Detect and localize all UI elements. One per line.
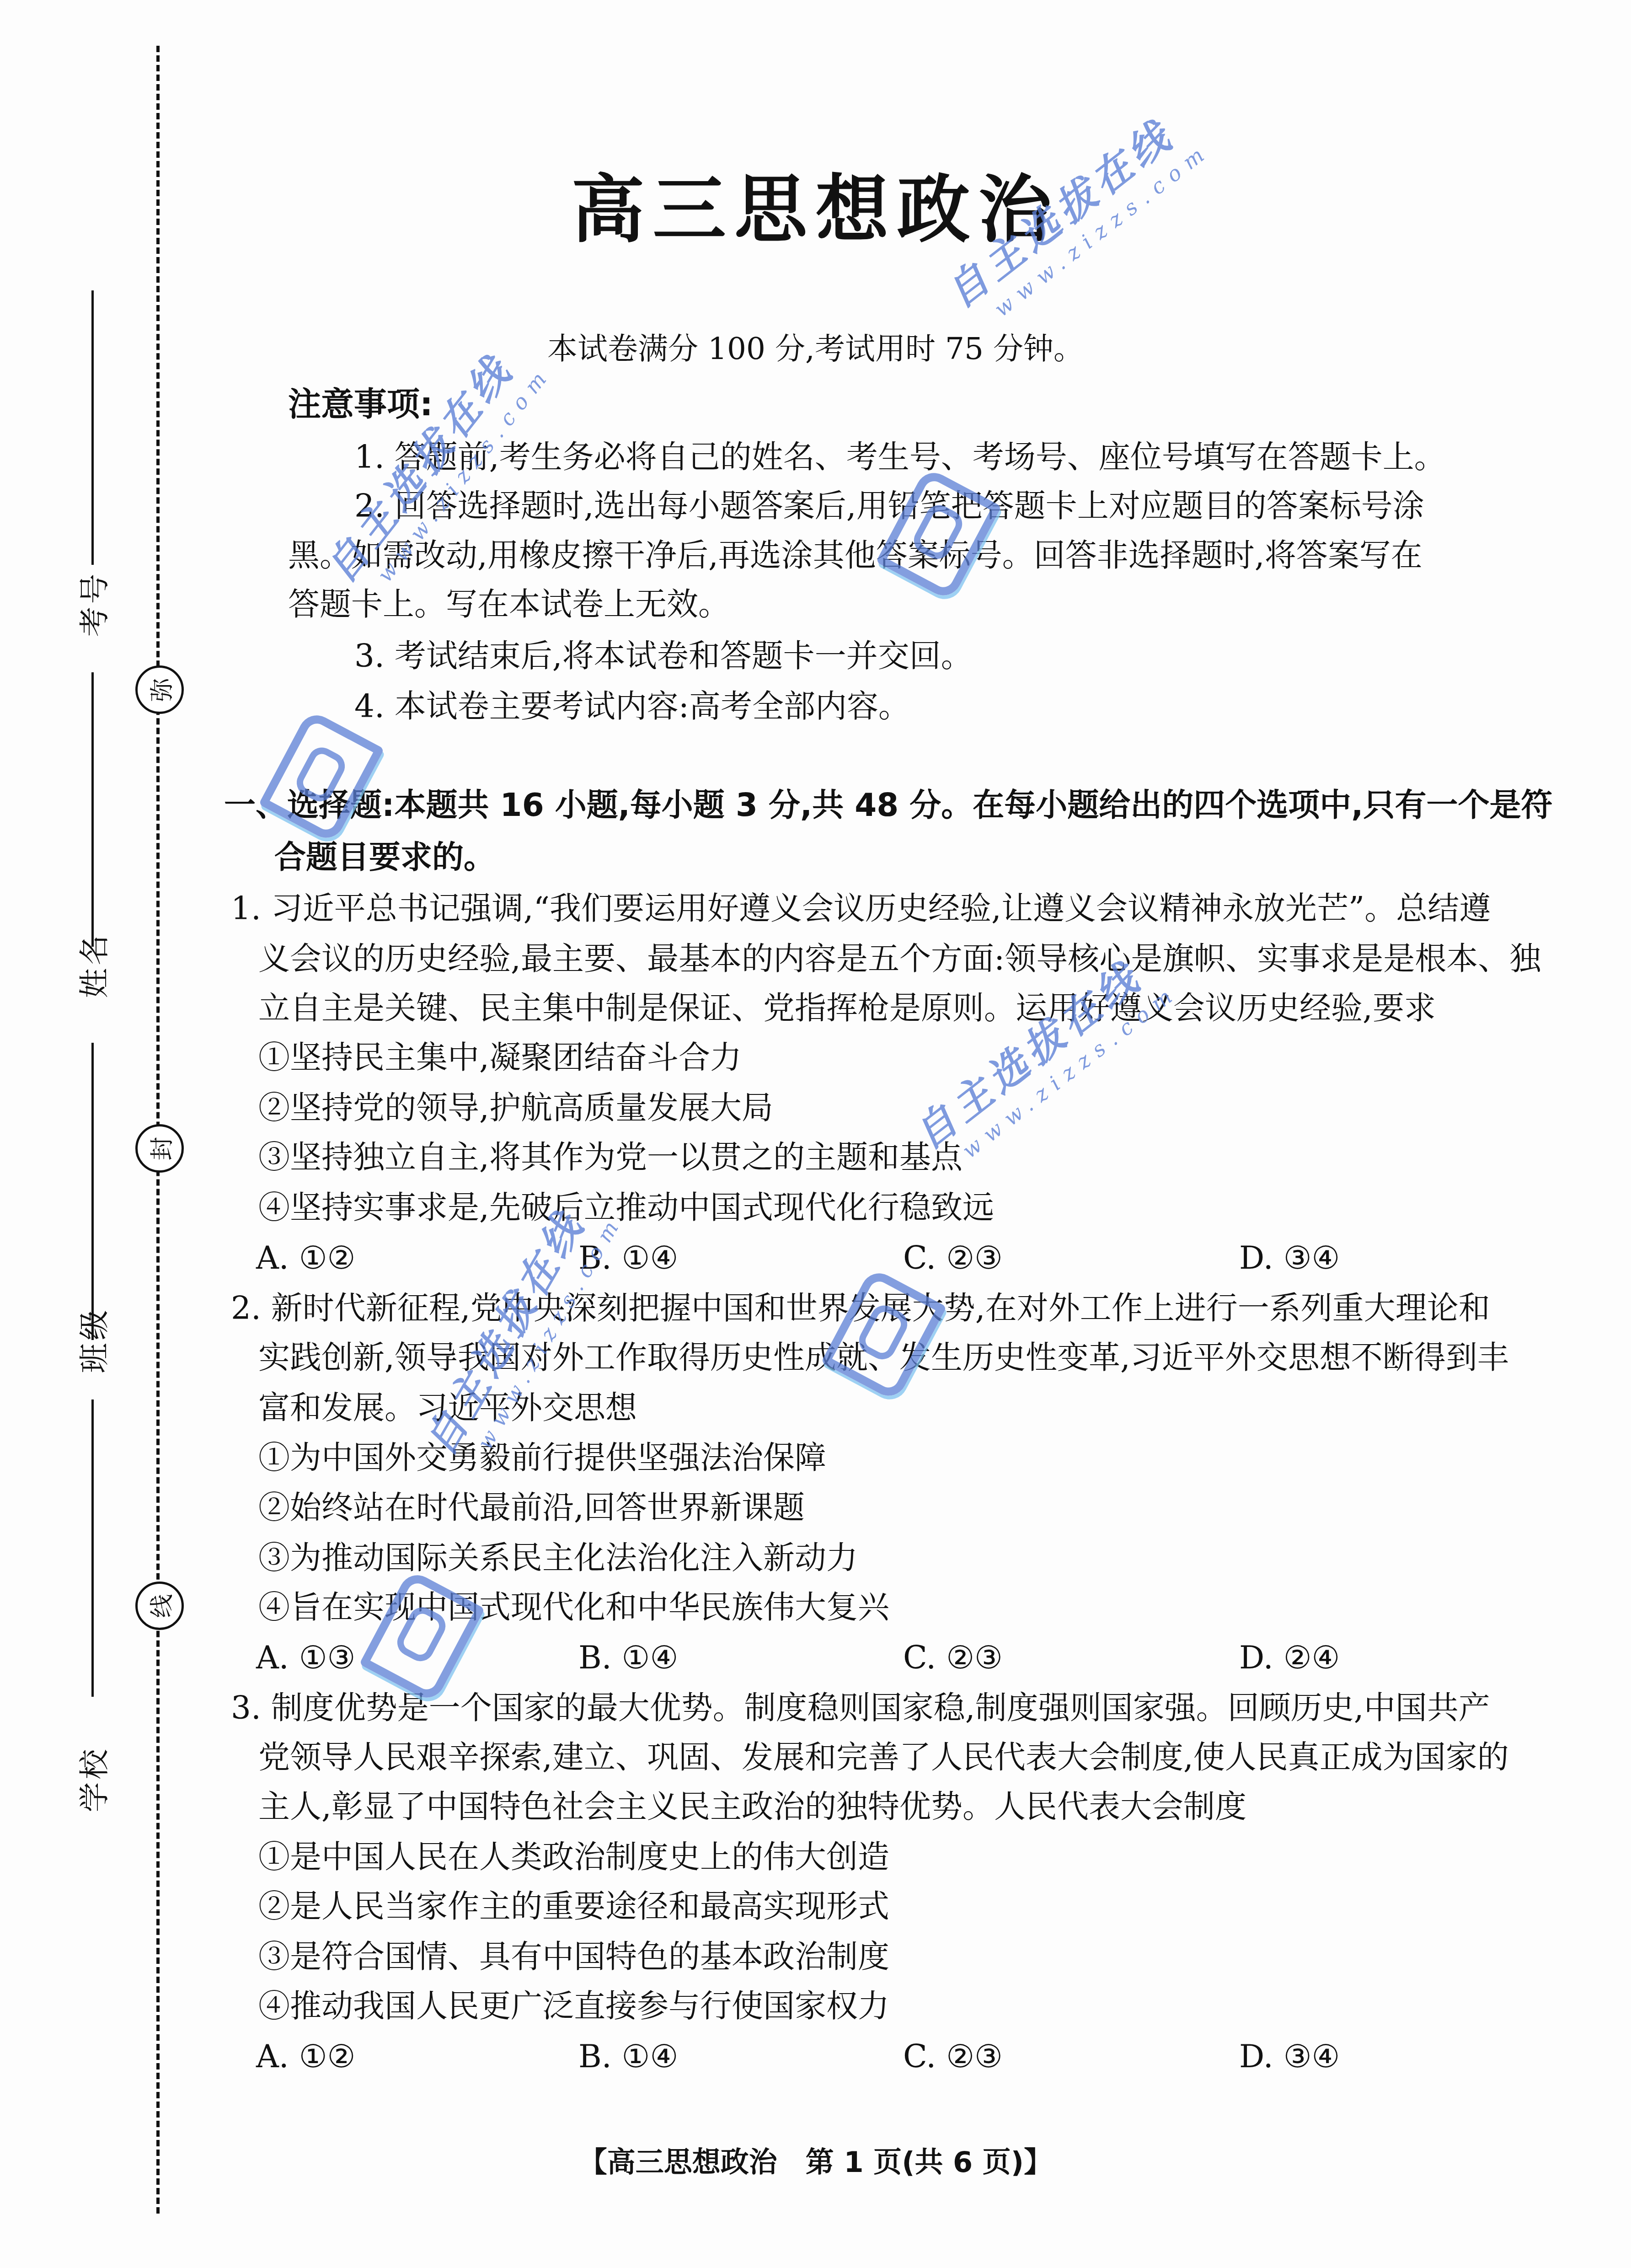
notice-item-3: 3. 考试结束后,将本试卷和答题卡一并交回。 <box>354 636 973 677</box>
class-blank[interactable] <box>91 1043 94 1340</box>
page-title: 高三思想政治 <box>0 151 1631 256</box>
label-class: 班级 <box>55 1303 128 1377</box>
q3-stem-line-2: 党领导人民艰辛探索,建立、巩固、发展和完善了人民代表大会制度,使人民真正成为国家… <box>258 1737 1509 1778</box>
q2-choice-c[interactable]: C. ②③ <box>903 1637 1003 1678</box>
q2-statement-1: ①为中国外交勇毅前行提供坚强法治保障 <box>258 1437 826 1479</box>
label-school: 学校 <box>55 1743 128 1816</box>
q2-statement-4: ④旨在实现中国式现代化和中华民族伟大复兴 <box>258 1587 889 1628</box>
q1-choice-b[interactable]: B. ①④ <box>578 1238 678 1279</box>
exam-page: 弥 封 线 考号 姓名 班级 学校 高三思想政治 本试卷满分 100 分,考试用… <box>0 0 1631 2268</box>
q2-choice-b[interactable]: B. ①④ <box>578 1637 678 1678</box>
q3-choice-c[interactable]: C. ②③ <box>903 2036 1003 2077</box>
notice-item-2-cont: 黑。如需改动,用橡皮擦干净后,再选涂其他答案标号。回答非选择题时,将答案写在 <box>288 535 1422 576</box>
label-name: 姓名 <box>55 928 128 1002</box>
q3-statement-1: ①是中国人民在人类政治制度史上的伟大创造 <box>258 1837 889 1878</box>
label-exam-number: 考号 <box>55 567 128 640</box>
seal-mark-feng: 封 <box>135 1124 184 1173</box>
seal-mark-mi: 弥 <box>135 665 184 714</box>
q3-choice-a[interactable]: A. ①② <box>256 2036 355 2077</box>
notice-item-2-cont2: 答题卡上。写在本试卷上无效。 <box>288 584 730 625</box>
q1-choice-c[interactable]: C. ②③ <box>903 1238 1003 1279</box>
q1-stem-line-2: 义会议的历史经验,最主要、最基本的内容是五个方面:领导核心是旗帜、实事求是是根本… <box>258 938 1541 980</box>
exam-info: 本试卷满分 100 分,考试用时 75 分钟。 <box>0 328 1631 370</box>
q2-stem-line-3: 富和发展。习近平外交思想 <box>258 1388 637 1429</box>
q3-choices: A. ①② B. ①④ C. ②③ D. ③④ <box>256 2036 1582 2077</box>
q3-stem-line-3: 主人,彰显了中国特色社会主义民主政治的独特优势。人民代表大会制度 <box>258 1786 1246 1828</box>
q1-choice-a[interactable]: A. ①② <box>256 1238 355 1279</box>
q1-stem-line-3: 立自主是关键、民主集中制是保证、党指挥枪是原则。运用好遵义会议历史经验,要求 <box>258 988 1436 1029</box>
q3-choice-d[interactable]: D. ③④ <box>1239 2036 1340 2077</box>
notice-item-1: 1. 答题前,考生务必将自己的姓名、考生号、考场号、座位号填写在答题卡上。 <box>354 437 1446 478</box>
notice-item-2: 2. 回答选择题时,选出每小题答案后,用铅笔把答题卡上对应题目的答案标号涂 <box>354 486 1424 527</box>
q2-statement-2: ②始终站在时代最前沿,回答世界新课题 <box>258 1487 805 1528</box>
q1-choice-d[interactable]: D. ③④ <box>1239 1238 1340 1279</box>
q3-statement-2: ②是人民当家作主的重要途径和最高实现形式 <box>258 1886 889 1927</box>
name-blank[interactable] <box>91 672 94 947</box>
page-footer: 【高三思想政治 第 1 页(共 6 页)】 <box>0 2139 1631 2180</box>
q2-choice-a[interactable]: A. ①③ <box>256 1637 355 1678</box>
q2-choice-d[interactable]: D. ②④ <box>1239 1637 1340 1678</box>
notice-item-4: 4. 本试卷主要考试内容:高考全部内容。 <box>354 686 910 727</box>
q3-statement-4: ④推动我国人民更广泛直接参与行使国家权力 <box>258 1986 889 2027</box>
q1-stem-line-1: 1. 习近平总书记强调,“我们要运用好遵义会议历史经验,让遵义会议精神永放光芒”… <box>231 888 1491 929</box>
section-heading: 一、选择题:本题共 16 小题,每小题 3 分,共 48 分。在每小题给出的四个… <box>224 785 1552 826</box>
q3-statement-3: ③是符合国情、具有中国特色的基本政治制度 <box>258 1936 889 1978</box>
q1-statement-2: ②坚持党的领导,护航高质量发展大局 <box>258 1088 773 1129</box>
q2-statement-3: ③为推动国际关系民主化法治化注入新动力 <box>258 1538 858 1579</box>
q1-choices: A. ①② B. ①④ C. ②③ D. ③④ <box>256 1238 1582 1279</box>
school-blank[interactable] <box>91 1399 94 1697</box>
notice-heading: 注意事项: <box>288 383 433 424</box>
q1-statement-1: ①坚持民主集中,凝聚团结奋斗合力 <box>258 1037 742 1078</box>
q1-statement-3: ③坚持独立自主,将其作为党一以贯之的主题和基点 <box>258 1137 963 1178</box>
watermark-logo-icon <box>821 1267 947 1402</box>
q1-statement-4: ④坚持实事求是,先破后立推动中国式现代化行稳致远 <box>258 1187 994 1228</box>
seal-mark-xian: 线 <box>135 1582 184 1630</box>
section-heading-cont: 合题目要求的。 <box>274 837 495 878</box>
q3-choice-b[interactable]: B. ①④ <box>578 2036 678 2077</box>
